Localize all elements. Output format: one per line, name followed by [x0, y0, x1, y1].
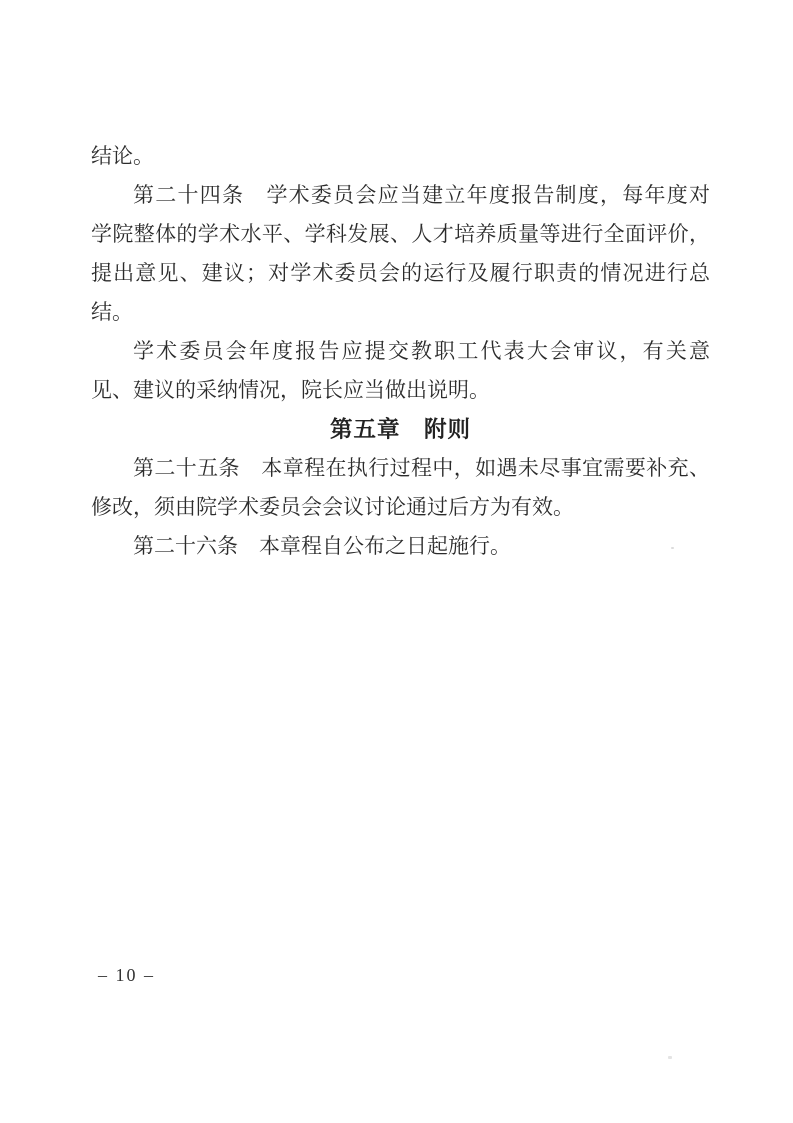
article-25-line-2: 修改，须由院学术委员会会议讨论通过后方为有效。 [91, 488, 710, 527]
continuation-conclusion-line: 结论。 [91, 137, 710, 176]
article-24-line-2: 学院整体的学术水平、学科发展、人才培养质量等进行全面评价， [91, 215, 710, 254]
document-page: 结论。 第二十四条 学术委员会应当建立年度报告制度，每年度对 学院整体的学术水平… [0, 0, 793, 1123]
article-25-line-1: 第二十五条 本章程在执行过程中，如遇未尽事宜需要补充、 [91, 449, 710, 488]
annual-report-line-1: 学术委员会年度报告应提交教职工代表大会审议，有关意 [91, 332, 710, 371]
annual-report-line-2: 见、建议的采纳情况，院长应当做出说明。 [91, 371, 710, 410]
article-24-line-3: 提出意见、建议；对学术委员会的运行及履行职责的情况进行总 [91, 254, 710, 293]
article-24-line-1: 第二十四条 学术委员会应当建立年度报告制度，每年度对 [91, 176, 710, 215]
page-number: – 10 – [98, 965, 155, 986]
scan-artifact-speck [668, 1056, 672, 1059]
scan-artifact-speck [671, 547, 674, 549]
document-body: 结论。 第二十四条 学术委员会应当建立年度报告制度，每年度对 学院整体的学术水平… [91, 137, 710, 566]
article-24-line-4: 结。 [91, 293, 710, 332]
chapter-5-heading: 第五章 附则 [91, 410, 710, 449]
article-26-line: 第二十六条 本章程自公布之日起施行。 [91, 527, 710, 566]
